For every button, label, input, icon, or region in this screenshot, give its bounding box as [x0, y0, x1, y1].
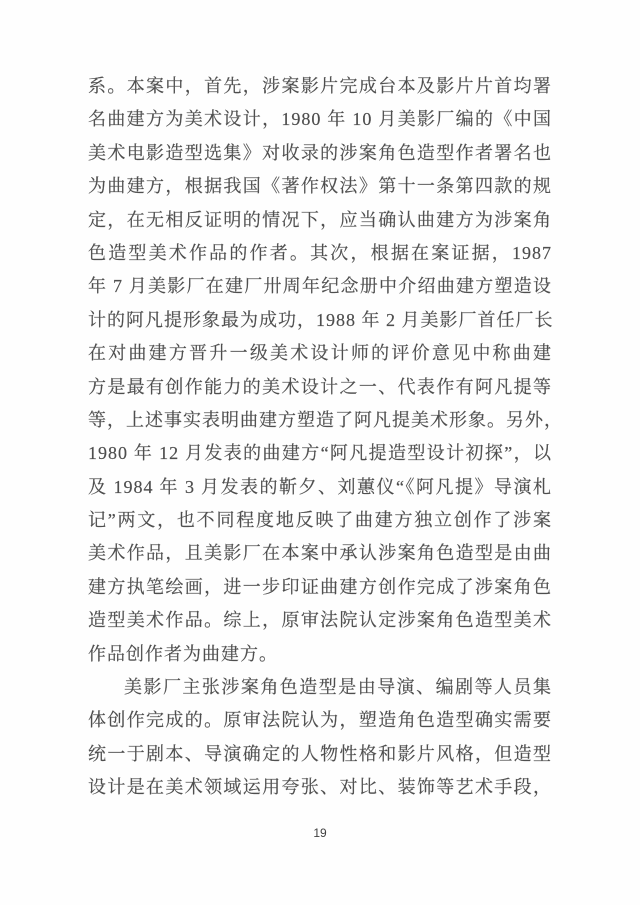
text-line: 设计是在美术领域运用夸张、对比、装饰等艺术手段， — [88, 771, 552, 804]
text-line: 等，上述事实表明曲建方塑造了阿凡提美术形象。另外， — [88, 404, 552, 437]
text-line: 美术电影造型选集》对收录的涉案角色造型作者署名也 — [88, 137, 552, 170]
text-line-paragraph-start: 美影厂主张涉案角色造型是由导演、编剧等人员集 — [88, 671, 552, 704]
text-line: 方是最有创作能力的美术设计之一、代表作有阿凡提等 — [88, 371, 552, 404]
text-line: 美术作品，且美影厂在本案中承认涉案角色造型是由曲 — [88, 537, 552, 570]
text-line: 体创作完成的。原审法院认为，塑造角色造型确实需要 — [88, 704, 552, 737]
text-line: 系。本案中，首先，涉案影片完成台本及影片片首均署 — [88, 70, 552, 103]
text-line: 色造型美术作品的作者。其次，根据在案证据，1987 — [88, 237, 552, 270]
text-line: 记”两文，也不同程度地反映了曲建方独立创作了涉案 — [88, 504, 552, 537]
text-line-paragraph-end: 作品创作者为曲建方。 — [88, 638, 552, 671]
text-line: 定，在无相反证明的情况下，应当确认曲建方为涉案角 — [88, 204, 552, 237]
document-page: 系。本案中，首先，涉案影片完成台本及影片片首均署 名曲建方为美术设计，1980 … — [0, 0, 640, 905]
text-line: 在对曲建方晋升一级美术设计师的评价意见中称曲建 — [88, 337, 552, 370]
text-line: 及 1984 年 3 月发表的靳夕、刘蕙仪“《阿凡提》导演札 — [88, 471, 552, 504]
page-number: 19 — [0, 826, 640, 840]
text-line: 1980 年 12 月发表的曲建方“阿凡提造型设计初探”，以 — [88, 437, 552, 470]
text-line: 造型美术作品。综上，原审法院认定涉案角色造型美术 — [88, 604, 552, 637]
text-line: 建方执笔绘画，进一步印证曲建方创作完成了涉案角色 — [88, 571, 552, 604]
text-line: 年 7 月美影厂在建厂卅周年纪念册中介绍曲建方塑造设 — [88, 270, 552, 303]
text-line: 为曲建方，根据我国《著作权法》第十一条第四款的规 — [88, 170, 552, 203]
text-line: 统一于剧本、导演确定的人物性格和影片风格，但造型 — [88, 738, 552, 771]
body-text: 系。本案中，首先，涉案影片完成台本及影片片首均署 名曲建方为美术设计，1980 … — [88, 70, 552, 805]
text-line: 名曲建方为美术设计，1980 年 10 月美影厂编的《中国 — [88, 103, 552, 136]
text-line: 计的阿凡提形象最为成功，1988 年 2 月美影厂首任厂长 — [88, 304, 552, 337]
